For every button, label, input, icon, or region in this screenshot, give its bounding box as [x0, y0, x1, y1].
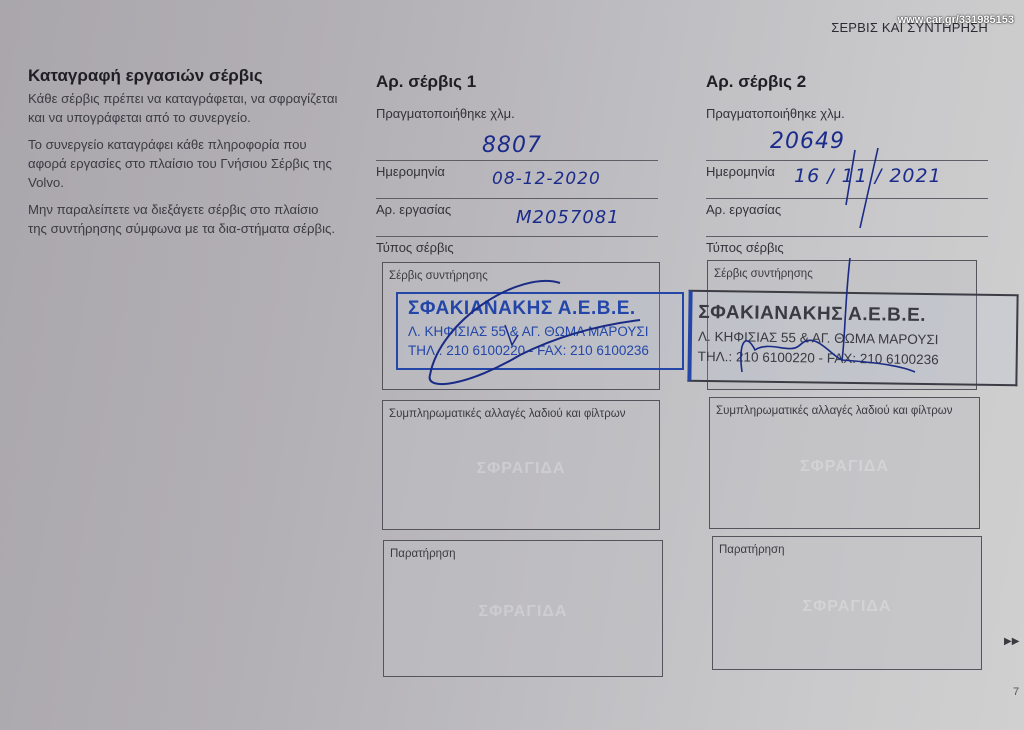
service-record-1: Αρ. σέρβις 1 Πραγματοποιήθηκε χλμ. 8807 …	[376, 72, 658, 255]
page-number: 7	[1013, 686, 1019, 698]
stamp-placeholder: ΣΦΡΑΓΙΔΑ	[710, 458, 979, 476]
km-label: Πραγματοποιήθηκε χλμ.	[706, 105, 846, 123]
dealer-stamp-2: ΣΦΑΚΙΑΝΑΚΗΣ Α.Ε.Β.Ε. Λ. ΚΗΦΙΣΙΑΣ 55 & ΑΓ…	[687, 290, 1018, 387]
date-field[interactable]: Ημερομηνία 16 / 11 / 2021	[706, 161, 988, 199]
date-value: 08-12-2020	[492, 169, 601, 189]
stamp-phone: ΤΗΛ.: 210 6100220 - FAX: 210 6100236	[698, 349, 1016, 368]
intro-title: Καταγραφή εργασιών σέρβις	[28, 66, 338, 86]
service-record-2: Αρ. σέρβις 2 Πραγματοποιήθηκε χλμ. 20649…	[706, 72, 988, 255]
watermark-url: www.car.gr/331985153	[898, 14, 1014, 26]
box-label: Σέρβις συντήρησης	[389, 270, 488, 282]
box-label: Συμπληρωματικές αλλαγές λαδιού και φίλτρ…	[389, 408, 626, 420]
box-label: Σέρβις συντήρησης	[714, 268, 813, 280]
stamp-name: ΣΦΑΚΙΑΝΑΚΗΣ Α.Ε.Β.Ε.	[408, 298, 682, 320]
intro-paragraph: Μην παραλείπετε να διεξάγετε σέρβις στο …	[28, 200, 338, 238]
remarks-box-2[interactable]: Παρατήρηση ΣΦΡΑΓΙΔΑ	[712, 536, 982, 670]
job-number-value: M2057081	[516, 207, 620, 228]
box-label: Συμπληρωματικές αλλαγές λαδιού και φίλτρ…	[716, 405, 953, 417]
stamp-placeholder: ΣΦΡΑΓΙΔΑ	[383, 460, 659, 478]
dealer-stamp-1: ΣΦΑΚΙΑΝΑΚΗΣ Α.Ε.Β.Ε. Λ. ΚΗΦΙΣΙΑΣ 55 & ΑΓ…	[396, 292, 684, 370]
service-type-label: Τύπος σέρβις	[376, 240, 658, 255]
stamp-placeholder: ΣΦΡΑΓΙΔΑ	[384, 603, 662, 621]
intro-block: Καταγραφή εργασιών σέρβις Κάθε σέρβις πρ…	[28, 66, 338, 246]
job-number-field[interactable]: Αρ. εργασίας M2057081	[376, 199, 658, 237]
km-field[interactable]: Πραγματοποιήθηκε χλμ. 20649	[706, 105, 988, 161]
date-field[interactable]: Ημερομηνία 08-12-2020	[376, 161, 658, 199]
extra-oil-filters-box-1[interactable]: Συμπληρωματικές αλλαγές λαδιού και φίλτρ…	[382, 400, 660, 530]
service-title: Αρ. σέρβις 2	[706, 72, 988, 92]
extra-oil-filters-box-2[interactable]: Συμπληρωματικές αλλαγές λαδιού και φίλτρ…	[709, 397, 980, 529]
job-number-label: Αρ. εργασίας	[706, 201, 988, 219]
stamp-placeholder: ΣΦΡΑΓΙΔΑ	[713, 598, 981, 616]
box-label: Παρατήρηση	[390, 548, 456, 560]
box-label: Παρατήρηση	[719, 544, 785, 556]
km-field[interactable]: Πραγματοποιήθηκε χλμ. 8807	[376, 105, 658, 161]
stamp-phone: ΤΗΛ.: 210 6100220 - FAX: 210 6100236	[408, 343, 682, 358]
date-value: 16 / 11 / 2021	[794, 165, 942, 187]
service-title: Αρ. σέρβις 1	[376, 72, 658, 92]
job-number-field[interactable]: Αρ. εργασίας	[706, 199, 988, 237]
service-type-label: Τύπος σέρβις	[706, 240, 988, 255]
km-value: 20649	[770, 129, 845, 154]
intro-paragraph: Κάθε σέρβις πρέπει να καταγράφεται, να σ…	[28, 89, 338, 127]
stamp-name: ΣΦΑΚΙΑΝΑΚΗΣ Α.Ε.Β.Ε.	[698, 302, 1016, 328]
stamp-address: Λ. ΚΗΦΙΣΙΑΣ 55 & ΑΓ. ΘΩΜΑ ΜΑΡΟΥΣΙ	[698, 329, 1016, 348]
intro-paragraph: Το συνεργείο καταγράφει κάθε πληροφορία …	[28, 135, 338, 192]
km-label: Πραγματοποιήθηκε χλμ.	[376, 105, 516, 123]
stamp-address: Λ. ΚΗΦΙΣΙΑΣ 55 & ΑΓ. ΘΩΜΑ ΜΑΡΟΥΣΙ	[408, 324, 682, 339]
next-page-icon[interactable]: ▶▶	[1004, 636, 1019, 647]
remarks-box-1[interactable]: Παρατήρηση ΣΦΡΑΓΙΔΑ	[383, 540, 663, 677]
km-value: 8807	[482, 133, 542, 158]
